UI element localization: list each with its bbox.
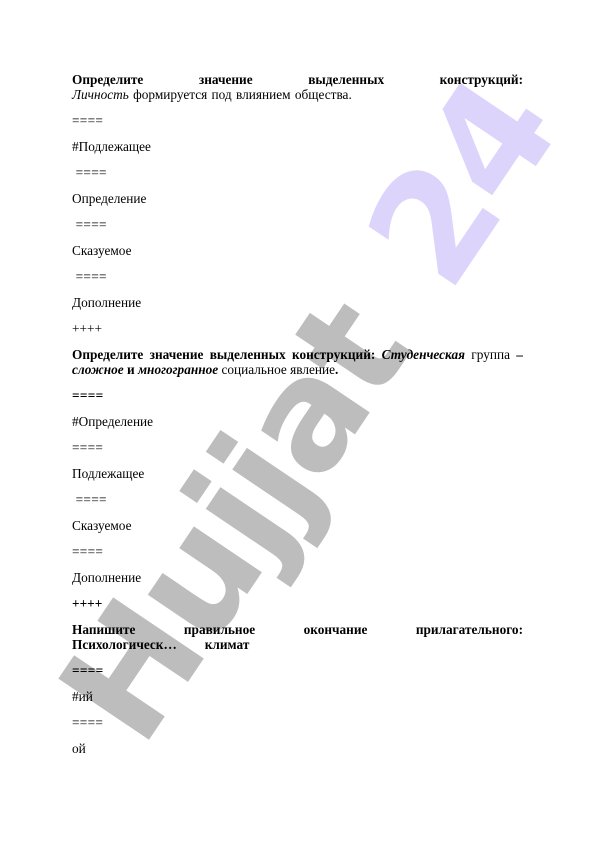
prompt-text: социальное явление bbox=[218, 362, 335, 377]
prompt-word: климат bbox=[205, 637, 250, 652]
answer-option-correct: #Определение bbox=[72, 414, 523, 429]
answer-option-correct: #Подлежащее bbox=[72, 139, 523, 154]
answer-option: ой bbox=[72, 741, 523, 756]
separator: ==== bbox=[72, 165, 523, 180]
prompt-word: окончание bbox=[304, 622, 368, 637]
prompt-highlight: Студенческая bbox=[382, 347, 465, 362]
answer-option: Дополнение bbox=[72, 295, 523, 310]
prompt-word: Психологическ… bbox=[72, 637, 177, 652]
question-1: Определите значение выделенных конструкц… bbox=[72, 72, 523, 336]
answer-option: Дополнение bbox=[72, 570, 523, 585]
answer-option: Подлежащее bbox=[72, 466, 523, 481]
prompt-word: правильное bbox=[184, 622, 255, 637]
answer-option: Сказуемое bbox=[72, 243, 523, 258]
separator: ==== bbox=[72, 440, 523, 455]
prompt-text: формируется под влиянием общества. bbox=[129, 87, 352, 102]
question-3-prompt: Напишите правильное окончание прилагател… bbox=[72, 622, 523, 652]
prompt-highlight: Личность bbox=[72, 87, 129, 102]
question-end-marker: ++++ bbox=[72, 321, 523, 336]
question-3: Напишите правильное окончание прилагател… bbox=[72, 622, 523, 756]
prompt-text: Определите значение выделенных конструкц… bbox=[72, 72, 523, 87]
prompt-text: группа bbox=[465, 347, 516, 362]
question-1-prompt: Определите значение выделенных конструкц… bbox=[72, 72, 523, 102]
prompt-text: и bbox=[124, 362, 138, 377]
separator: ==== bbox=[72, 492, 523, 507]
separator: ==== bbox=[72, 715, 523, 730]
separator: ==== bbox=[72, 217, 523, 232]
prompt-word: Напишите bbox=[72, 622, 135, 637]
question-2-prompt: Определите значение выделенных конструкц… bbox=[72, 347, 523, 377]
separator: ==== bbox=[72, 663, 523, 678]
separator: ==== bbox=[72, 544, 523, 559]
prompt-text: . bbox=[335, 362, 338, 377]
answer-option-correct: #ий bbox=[72, 689, 523, 704]
document-page: Определите значение выделенных конструкц… bbox=[72, 72, 523, 767]
separator: ==== bbox=[72, 113, 523, 128]
prompt-line-1: Напишите правильное окончание прилагател… bbox=[72, 622, 523, 637]
separator: ==== bbox=[72, 269, 523, 284]
prompt-word: прилагательного: bbox=[416, 622, 523, 637]
question-2: Определите значение выделенных конструкц… bbox=[72, 347, 523, 611]
prompt-line-2: Психологическ…климат bbox=[72, 637, 523, 652]
question-end-marker: ++++ bbox=[72, 596, 523, 611]
prompt-highlight: многогранное bbox=[138, 362, 218, 377]
separator: ==== bbox=[72, 388, 523, 403]
answer-option: Определение bbox=[72, 191, 523, 206]
prompt-text: Определите значение выделенных конструкц… bbox=[72, 347, 382, 362]
answer-option: Сказуемое bbox=[72, 518, 523, 533]
